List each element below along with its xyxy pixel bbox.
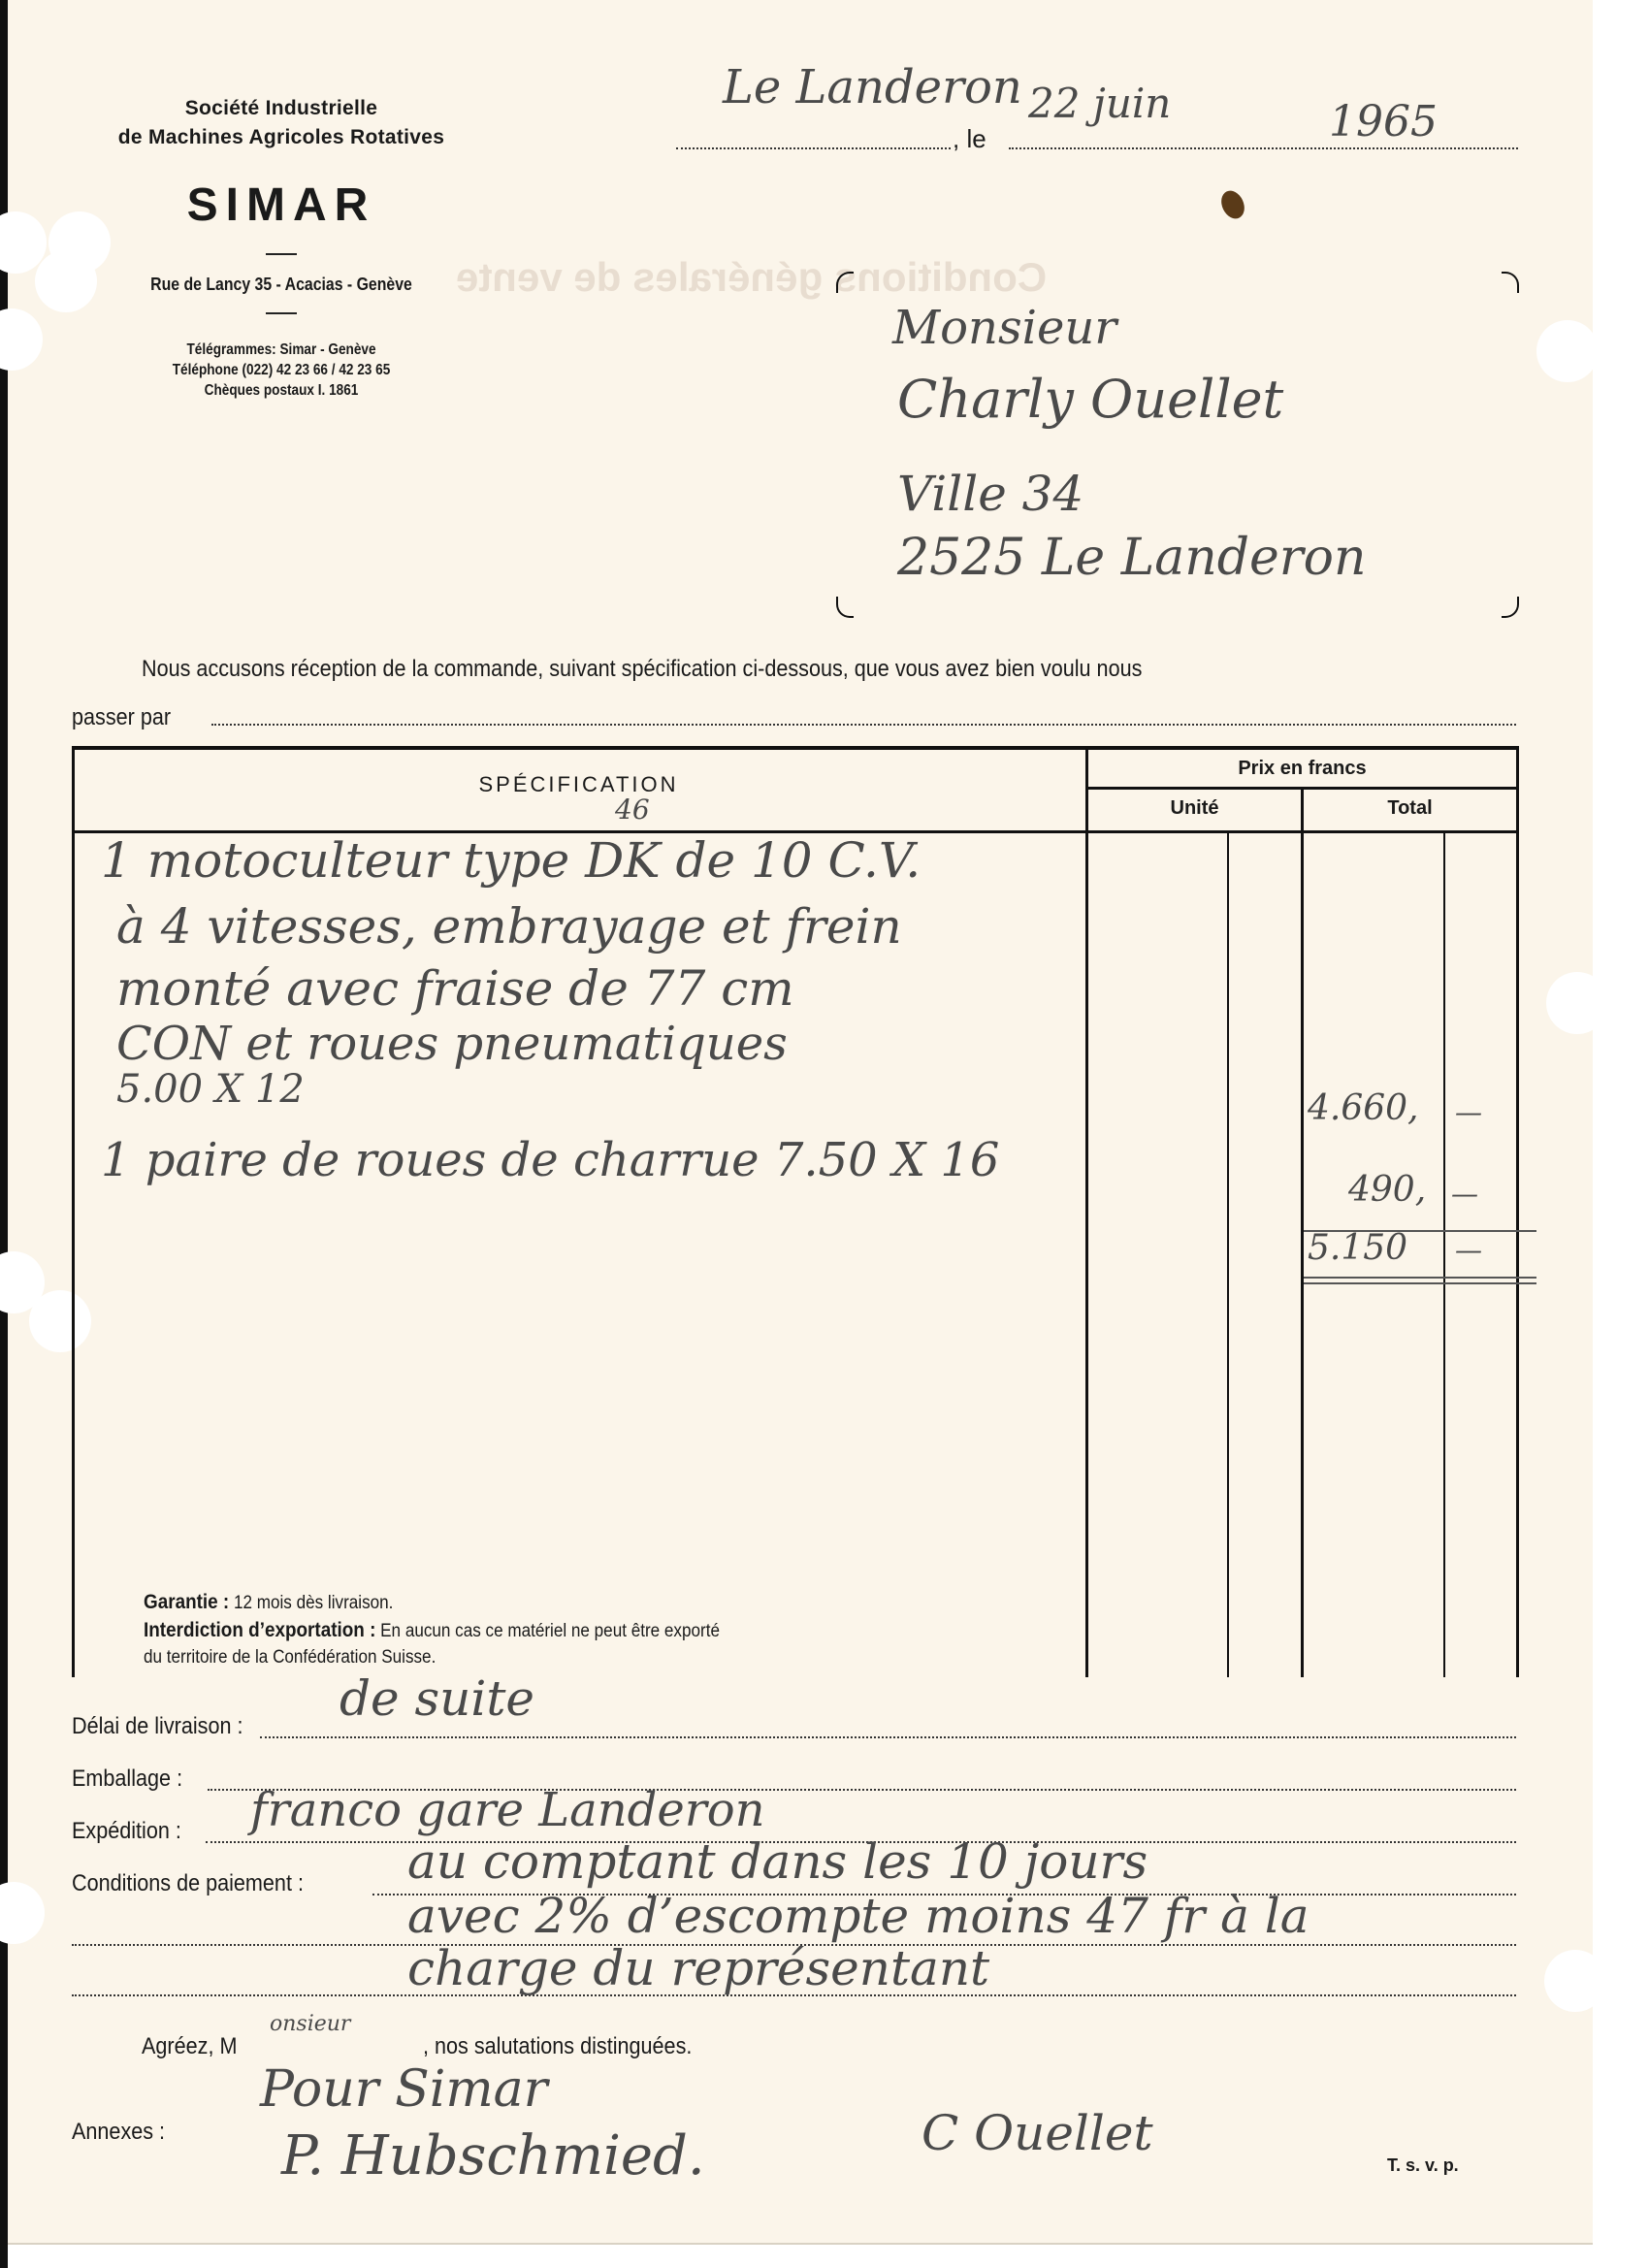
shipping-value: franco gare Landeron (250, 1783, 765, 1837)
grand-total: 5.150 (1308, 1228, 1407, 1268)
punch-hole (29, 1290, 91, 1352)
brand-logo: SIMAR (39, 178, 524, 232)
bleed-through-title: Conditions générales de vente (456, 254, 1047, 301)
letterhead: Société Industrielle de Machines Agricol… (39, 97, 524, 401)
packing-label: Emballage : (72, 1766, 182, 1793)
guarantee-note: Garantie : 12 mois dès livraison. (144, 1591, 393, 1614)
spec-annotation: 46 (615, 794, 650, 826)
sum-double-underline (1304, 1282, 1536, 1284)
passer-par-label: passer par (72, 704, 171, 731)
signature-for: Pour Simar (260, 2060, 548, 2119)
date-line (1009, 147, 1518, 149)
spec-line: monté avec fraise de 77 cm (116, 960, 794, 1017)
payment-value-line2: avec 2% d’escompte moins 47 fr à la (407, 1888, 1309, 1944)
payment-value-line1: au comptant dans les 10 jours (407, 1833, 1148, 1890)
table-left-border (72, 746, 75, 1677)
divider (266, 253, 297, 255)
export-label: Interdiction d’exportation : (144, 1619, 375, 1641)
recipient-street: Ville 34 (897, 466, 1083, 522)
delivery-line (260, 1736, 1516, 1738)
delivery-value: de suite (339, 1670, 534, 1727)
spec-header: SPÉCIFICATION (72, 772, 1085, 797)
payment-value-line3: charge du représentant (407, 1940, 989, 1996)
table-right-border (1516, 746, 1519, 1677)
spec-line: 1 motoculteur type DK de 10 C.V. (101, 832, 921, 889)
spec-line: CON et roues pneumatiques (116, 1017, 788, 1071)
total-header: Total (1304, 797, 1516, 820)
sender-signature: P. Hubschmied. (281, 2124, 705, 2187)
table-top-border (72, 746, 1519, 750)
unit-inner-divider (1227, 832, 1229, 1677)
guarantee-text: 12 mois dès livraison. (234, 1593, 393, 1613)
year-handwritten: 1965 (1329, 97, 1438, 146)
spec-column-border (1085, 746, 1088, 1677)
spec-line: à 4 vitesses, embrayage et frein (116, 898, 902, 955)
recipient-city: 2525 Le Landeron (897, 529, 1366, 587)
punch-hole (1544, 1950, 1606, 2012)
telegrams: Télégrammes: Simar - Genève (76, 340, 488, 360)
telephone: Téléphone (022) 42 23 66 / 42 23 65 (76, 360, 488, 380)
tsvp-label: T. s. v. p. (1387, 2155, 1459, 2176)
company-name-line1: Société Industrielle (39, 97, 524, 120)
total-cents: — (1451, 1178, 1478, 1210)
sum-double-underline (1304, 1277, 1536, 1279)
total-amount: 4.660, (1308, 1088, 1419, 1128)
postal-cheques: Chèques postaux I. 1861 (76, 380, 488, 401)
price-header: Prix en francs (1088, 758, 1516, 780)
export-note: Interdiction d’exportation : En aucun ca… (144, 1619, 720, 1642)
payment-label: Conditions de paiement : (72, 1870, 304, 1897)
spec-line: 1 paire de roues de charrue 7.50 X 16 (101, 1133, 999, 1187)
acknowledgment-text: Nous accusons réception de la commande, … (142, 656, 1142, 683)
recipient-name: Charly Ouellet (897, 369, 1283, 430)
export-text: En aucun cas ce matériel ne peut être ex… (380, 1621, 720, 1641)
passer-par-line (211, 724, 1516, 726)
le-label: , le (953, 124, 986, 154)
date-handwritten: 22 juin (1028, 80, 1171, 127)
greeting-prefix: Agréez, M (142, 2033, 237, 2060)
punch-hole (1546, 972, 1608, 1034)
greeting-handwritten: onsieur (270, 2012, 350, 2036)
company-name-line2: de Machines Agricoles Rotatives (39, 126, 524, 149)
divider (266, 312, 297, 314)
spec-line: 5.00 X 12 (116, 1067, 305, 1112)
total-amount: 490, (1348, 1170, 1426, 1210)
delivery-label: Délai de livraison : (72, 1713, 242, 1740)
total-inner-divider (1443, 832, 1445, 1677)
unit-header: Unité (1088, 797, 1301, 820)
unit-total-divider (1301, 787, 1304, 1677)
company-address: Rue de Lancy 35 - Acacias - Genève (68, 275, 495, 295)
shipping-label: Expédition : (72, 1818, 181, 1845)
annexes-label: Annexes : (72, 2119, 165, 2146)
total-cents: — (1455, 1096, 1482, 1128)
place-line (676, 147, 951, 149)
recipient-salutation: Monsieur (892, 301, 1116, 355)
greeting-suffix: , nos salutations distinguées. (423, 2033, 692, 2060)
place-handwritten: Le Landeron (723, 60, 1022, 114)
client-signature: C Ouellet (921, 2105, 1153, 2161)
guarantee-label: Garantie : (144, 1591, 229, 1613)
export-note-line2: du territoire de la Confédération Suisse… (144, 1647, 436, 1669)
punch-hole (1536, 320, 1599, 382)
grand-total-cents: — (1455, 1234, 1482, 1266)
